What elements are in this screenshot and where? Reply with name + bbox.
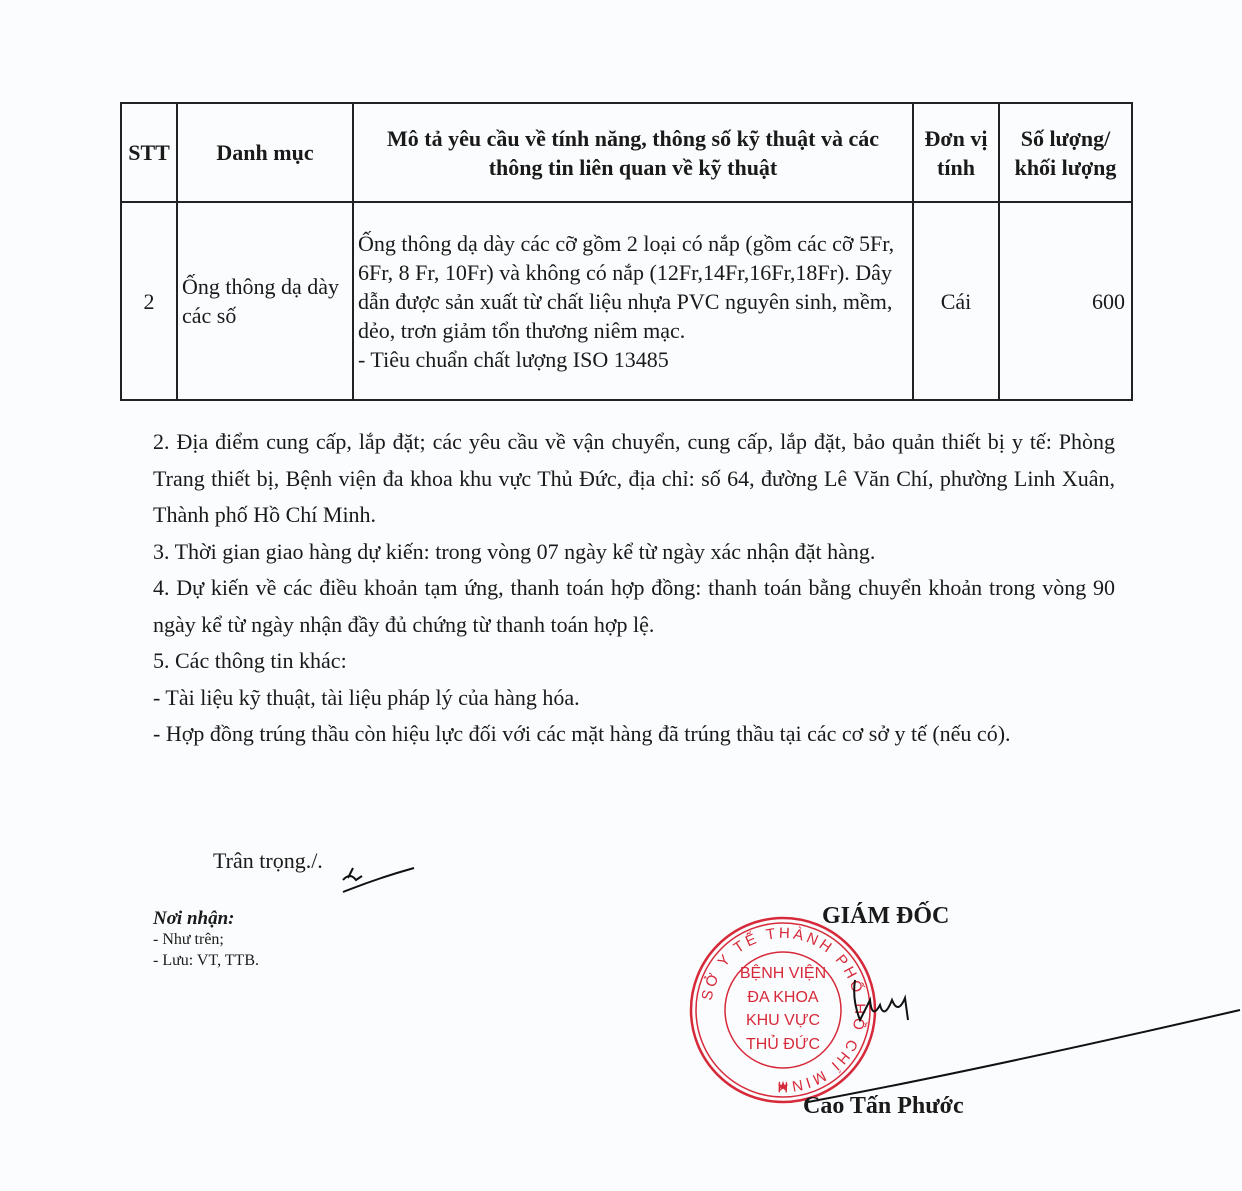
paragraph-contracts: - Hợp đồng trúng thầu còn hiệu lực đối v… bbox=[153, 716, 1115, 753]
header-quantity: Số lượng/ khối lượng bbox=[999, 103, 1132, 202]
header-item: Danh mục bbox=[177, 103, 353, 202]
cell-unit: Cái bbox=[913, 202, 999, 400]
recipients: Nơi nhận: - Như trên; - Lưu: VT, TTB. bbox=[153, 908, 259, 971]
paragraph-payment-terms: 4. Dự kiến về các điều khoản tạm ứng, th… bbox=[153, 570, 1115, 643]
recipients-title: Nơi nhận: bbox=[153, 908, 259, 929]
initial-mark-icon bbox=[338, 858, 418, 898]
description-standard: - Tiêu chuẩn chất lượng ISO 13485 bbox=[358, 345, 908, 374]
body-text: 2. Địa điểm cung cấp, lắp đặt; các yêu c… bbox=[153, 424, 1115, 753]
cell-quantity: 600 bbox=[999, 202, 1132, 400]
paragraph-delivery-location: 2. Địa điểm cung cấp, lắp đặt; các yêu c… bbox=[153, 424, 1115, 534]
table-row: 2 Ống thông dạ dày các số Ống thông dạ d… bbox=[121, 202, 1132, 400]
signer-name: Cao Tấn Phước bbox=[803, 1093, 964, 1120]
paragraph-technical-docs: - Tài liệu kỹ thuật, tài liệu pháp lý củ… bbox=[153, 680, 1115, 717]
description-text: Ống thông dạ dày các cỡ gồm 2 loại có nắ… bbox=[358, 229, 908, 345]
header-stt: STT bbox=[121, 103, 177, 202]
paragraph-other-info: 5. Các thông tin khác: bbox=[153, 643, 1115, 680]
cell-stt: 2 bbox=[121, 202, 177, 400]
cell-item: Ống thông dạ dày các số bbox=[177, 202, 353, 400]
specification-table: STT Danh mục Mô tả yêu cầu về tính năng,… bbox=[120, 102, 1133, 401]
cell-description: Ống thông dạ dày các cỡ gồm 2 loại có nắ… bbox=[353, 202, 913, 400]
signature-icon bbox=[780, 960, 1242, 1110]
recipient-item: - Lưu: VT, TTB. bbox=[153, 950, 259, 971]
header-unit: Đơn vị tính bbox=[913, 103, 999, 202]
closing-text: Trân trọng./. bbox=[213, 848, 323, 874]
table-header-row: STT Danh mục Mô tả yêu cầu về tính năng,… bbox=[121, 103, 1132, 202]
recipient-item: - Như trên; bbox=[153, 929, 259, 950]
header-description: Mô tả yêu cầu về tính năng, thông số kỹ … bbox=[353, 103, 913, 202]
paragraph-delivery-time: 3. Thời gian giao hàng dự kiến: trong vò… bbox=[153, 534, 1115, 571]
